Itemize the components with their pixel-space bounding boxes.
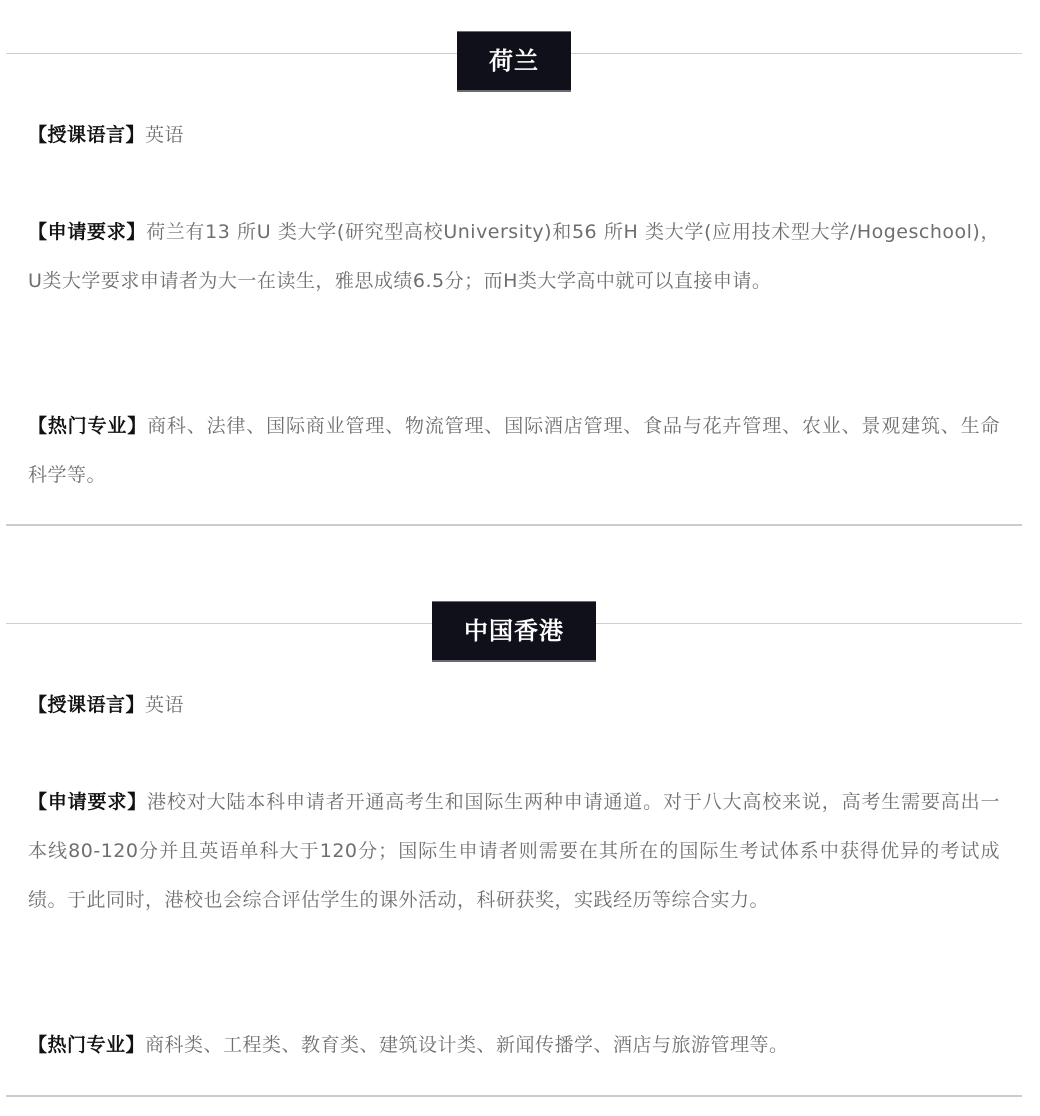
requirements-label: 【申请要求】 <box>28 221 146 243</box>
language-paragraph: 【授课语言】英语 <box>28 111 1000 160</box>
language-label: 【授课语言】 <box>28 124 145 146</box>
section-title: 荷兰 <box>457 31 571 92</box>
section-header: 中国香港 <box>6 601 1022 663</box>
majors-label: 【热门专业】 <box>28 415 147 437</box>
requirements-paragraph: 【申请要求】荷兰有13 所U 类大学(研究型高校University)和56 所… <box>28 208 1000 306</box>
requirements-text: 港校对大陆本科申请者开通高考生和国际生两种申请通道。对于八大高校来说，高考生需要… <box>28 791 1000 911</box>
language-label: 【授课语言】 <box>28 694 145 716</box>
section-netherlands: 荷兰 【授课语言】英语 【申请要求】荷兰有13 所U 类大学(研究型高校Univ… <box>6 31 1022 93</box>
section-divider <box>6 524 1022 526</box>
majors-paragraph: 【热门专业】商科、法律、国际商业管理、物流管理、国际酒店管理、食品与花卉管理、农… <box>28 402 1000 500</box>
majors-text: 商科、法律、国际商业管理、物流管理、国际酒店管理、食品与花卉管理、农业、景观建筑… <box>28 415 1000 486</box>
requirements-label: 【申请要求】 <box>28 791 147 813</box>
section-header: 荷兰 <box>6 31 1022 93</box>
requirements-text: 荷兰有13 所U 类大学(研究型高校University)和56 所H 类大学(… <box>28 221 1000 292</box>
language-value: 英语 <box>145 694 184 716</box>
language-paragraph: 【授课语言】英语 <box>28 681 1000 730</box>
majors-label: 【热门专业】 <box>28 1034 145 1056</box>
majors-text: 商科类、工程类、教育类、建筑设计类、新闻传播学、酒店与旅游管理等。 <box>145 1034 789 1056</box>
section-divider <box>6 1095 1022 1097</box>
requirements-paragraph: 【申请要求】港校对大陆本科申请者开通高考生和国际生两种申请通道。对于八大高校来说… <box>28 778 1000 925</box>
language-value: 英语 <box>145 124 184 146</box>
section-title: 中国香港 <box>432 601 596 662</box>
section-hong-kong: 中国香港 【授课语言】英语 【申请要求】港校对大陆本科申请者开通高考生和国际生两… <box>6 601 1022 663</box>
majors-paragraph: 【热门专业】商科类、工程类、教育类、建筑设计类、新闻传播学、酒店与旅游管理等。 <box>28 1021 1000 1070</box>
